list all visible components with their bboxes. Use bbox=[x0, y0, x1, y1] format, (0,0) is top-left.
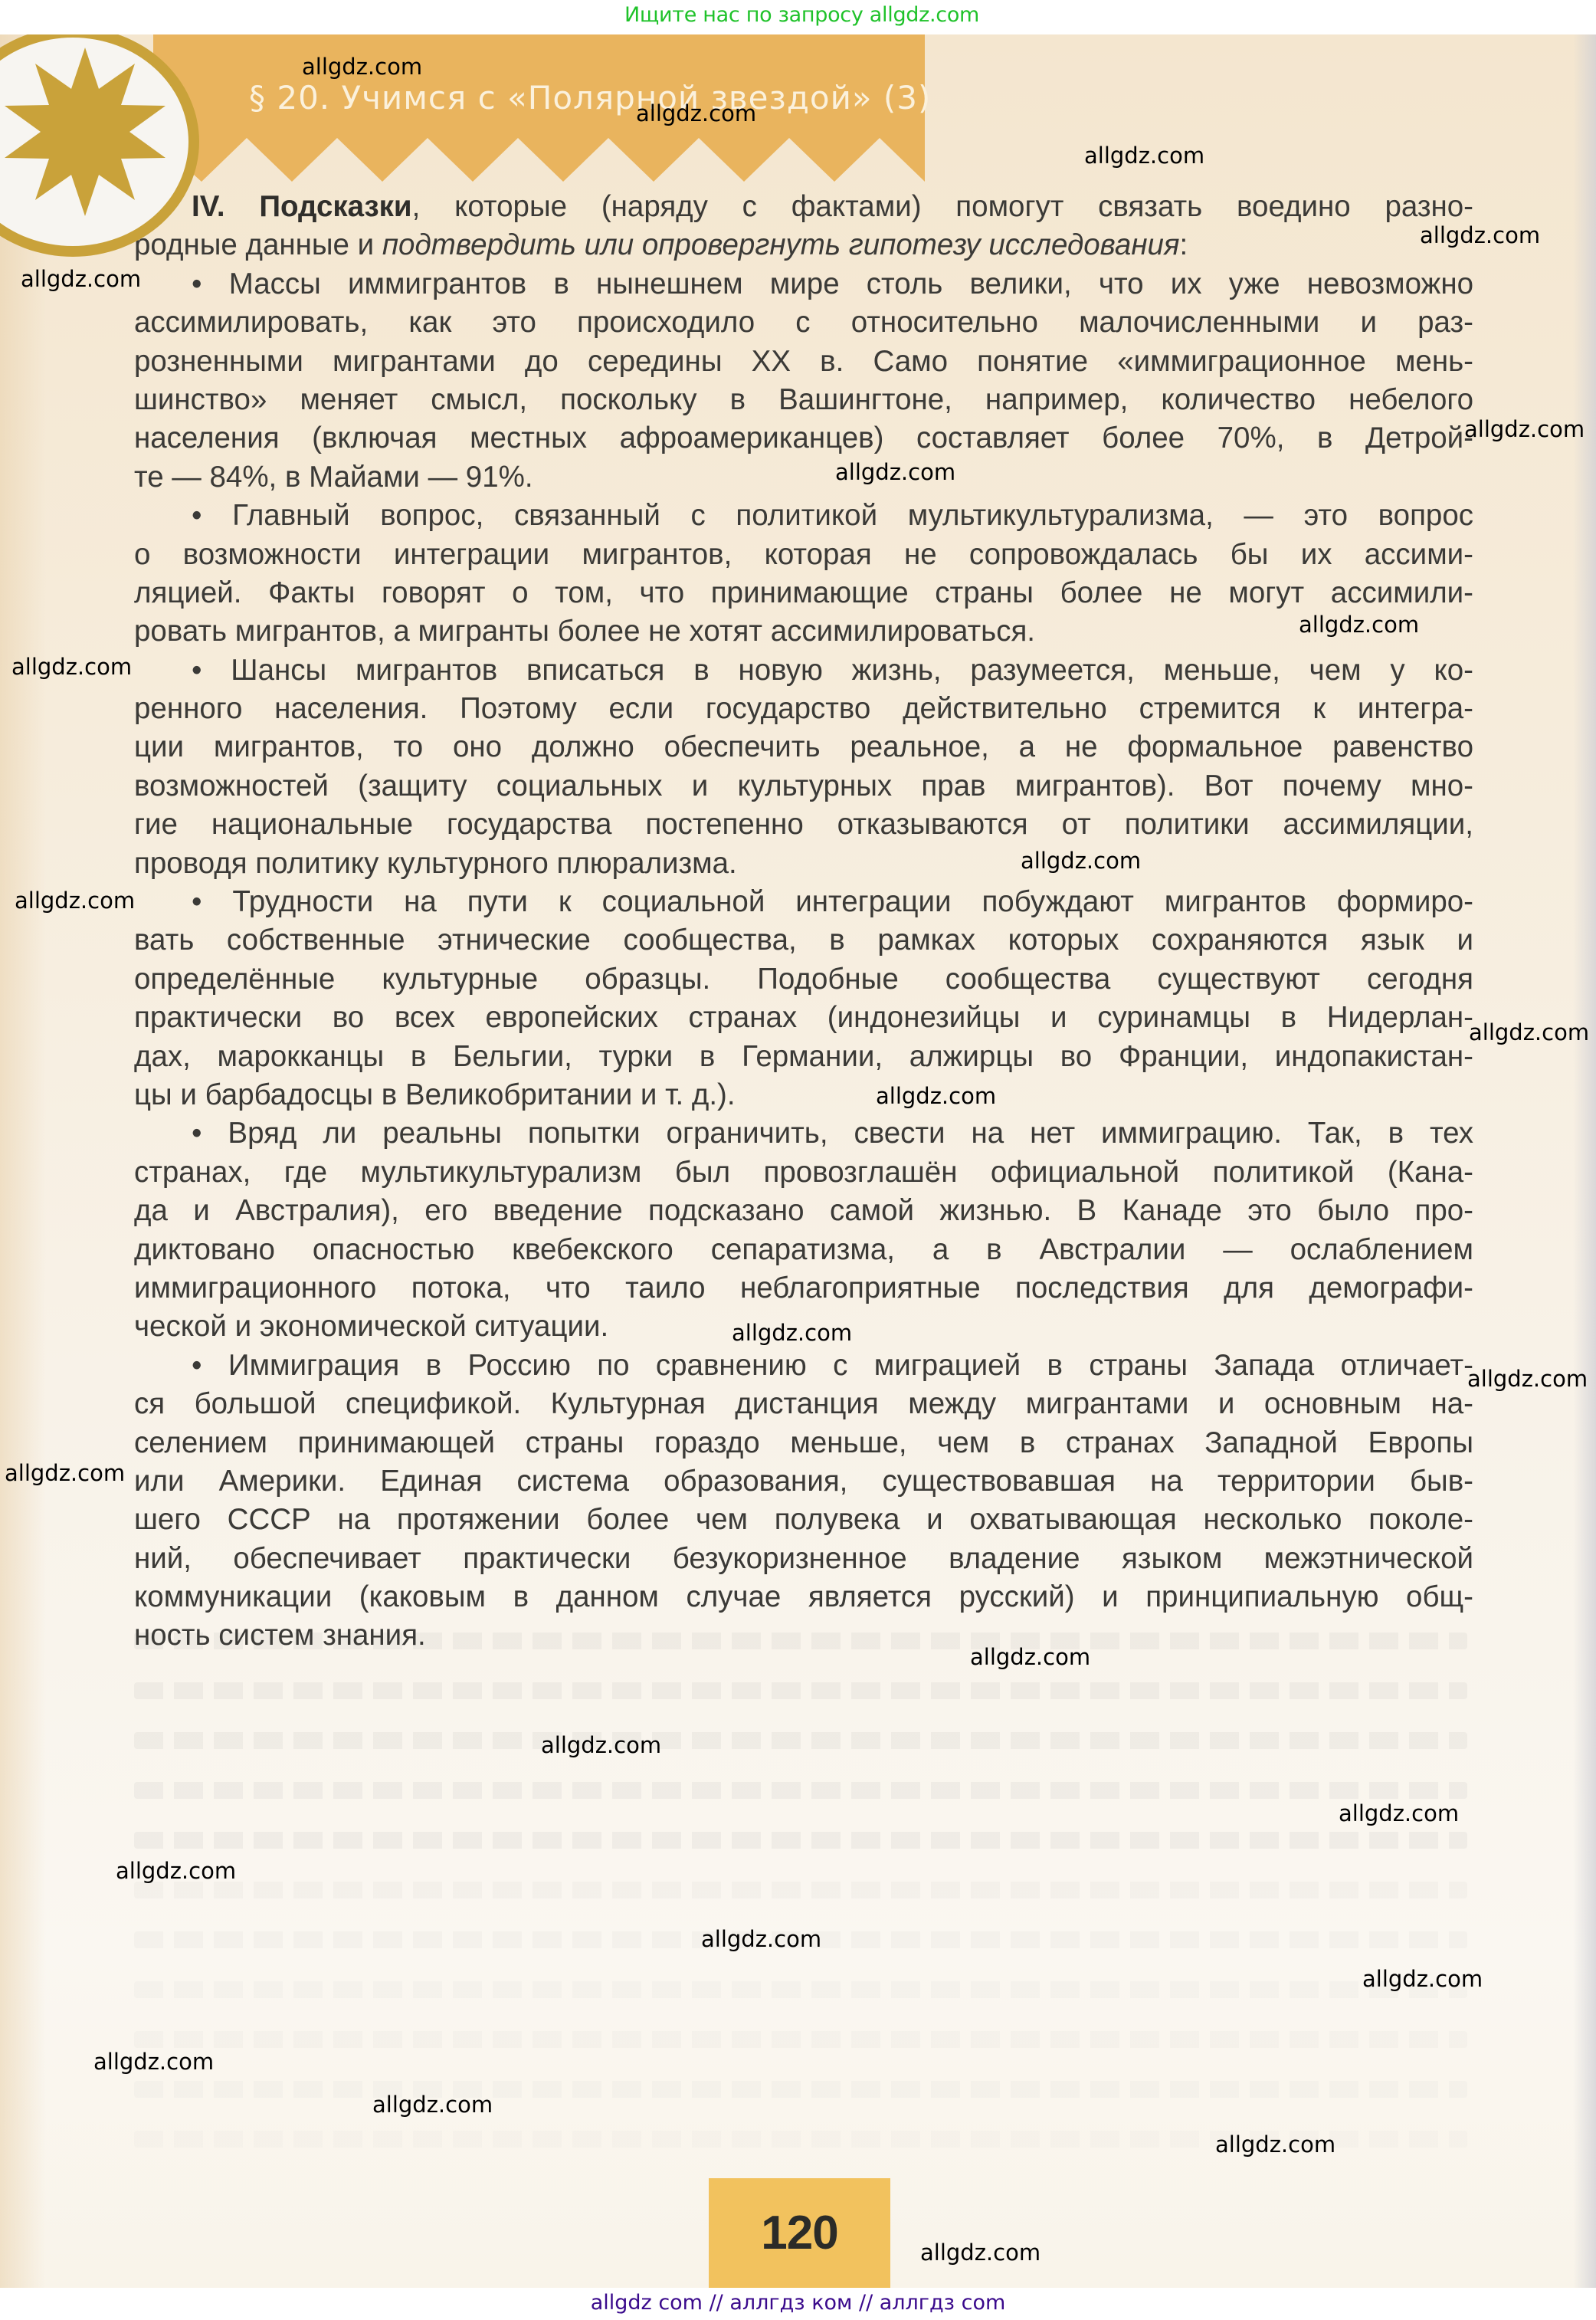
search-hint-banner: Ищите нас по запросу allgdz.com bbox=[0, 0, 1596, 34]
watermark-text: allgdz.com bbox=[1467, 1367, 1588, 1390]
watermark-text: allgdz.com bbox=[636, 102, 756, 125]
ten-point-star-icon bbox=[0, 44, 173, 220]
emphasis-text: подтвердить или опровергнуть гипотезу ис… bbox=[382, 228, 1180, 261]
bullet-paragraph: • Массы иммигрантов в нынешнем мире стол… bbox=[134, 265, 1473, 497]
bleed-through-texture bbox=[134, 1981, 1467, 1998]
bleed-through-texture bbox=[134, 2031, 1467, 2048]
bleed-through-texture bbox=[134, 1732, 1467, 1749]
watermark-text: allgdz.com bbox=[732, 1321, 852, 1344]
bleed-through-texture bbox=[134, 1682, 1467, 1699]
bleed-through-texture bbox=[134, 1782, 1467, 1799]
intro-line: родные данные и подтвердить или опроверг… bbox=[134, 226, 1473, 264]
watermark-text: allgdz.com bbox=[835, 461, 955, 484]
watermark-text: allgdz.com bbox=[1215, 2133, 1335, 2156]
watermark-text: allgdz.com bbox=[21, 267, 141, 290]
watermark-text: allgdz.com bbox=[920, 2241, 1041, 2264]
section-title: § 20. Учимся с «Полярной звездой» (3) bbox=[249, 79, 931, 116]
bullet-icon: • bbox=[192, 1349, 202, 1382]
bullet-paragraph: • Трудности на пути к социальной интегра… bbox=[134, 883, 1473, 1114]
footer-banner: allgdz com // аллгдз ком // аллгдз com bbox=[0, 2288, 1596, 2320]
bullet-icon: • bbox=[192, 1117, 202, 1150]
watermark-text: allgdz.com bbox=[116, 1859, 236, 1882]
search-hint-text: Ищите нас по запросу allgdz.com bbox=[624, 3, 979, 27]
bleed-through-texture bbox=[134, 2081, 1467, 2098]
bleed-through-texture bbox=[134, 1832, 1467, 1849]
watermark-text: allgdz.com bbox=[1469, 1021, 1589, 1044]
watermark-text: allgdz.com bbox=[1084, 144, 1204, 167]
watermark-text: allgdz.com bbox=[1464, 418, 1585, 441]
watermark-text: allgdz.com bbox=[1299, 613, 1419, 636]
watermark-text: allgdz.com bbox=[1362, 1967, 1483, 1990]
watermark-text: allgdz.com bbox=[1339, 1802, 1459, 1825]
page-number-box: 120 bbox=[709, 2178, 890, 2288]
section-header-banner: § 20. Учимся с «Полярной звездой» (3) bbox=[153, 34, 925, 182]
watermark-text: allgdz.com bbox=[701, 1928, 821, 1951]
bullet-icon: • bbox=[192, 499, 202, 532]
watermark-text: allgdz.com bbox=[970, 1646, 1090, 1669]
watermark-text: allgdz.com bbox=[11, 655, 132, 678]
intro-line: IV. Подсказки, которые (наряду с фактами… bbox=[134, 188, 1473, 226]
watermark-text: allgdz.com bbox=[876, 1085, 996, 1107]
footer-banner-text: allgdz com // аллгдз ком // аллгдз com bbox=[0, 2291, 1596, 2315]
page-number: 120 bbox=[709, 2206, 890, 2260]
bullet-icon: • bbox=[192, 885, 202, 918]
hints-text-block: IV. Подсказки, которые (наряду с фактами… bbox=[134, 188, 1473, 1656]
bullet-paragraph: • Вряд ли реальны попытки ограничить, св… bbox=[134, 1114, 1473, 1346]
watermark-text: allgdz.com bbox=[5, 1462, 125, 1485]
bleed-through-texture bbox=[134, 1882, 1467, 1898]
watermark-text: allgdz.com bbox=[93, 2050, 214, 2073]
bullet-icon: • bbox=[192, 267, 202, 300]
bullet-paragraph: • Главный вопрос, связанный с политикой … bbox=[134, 497, 1473, 651]
bullet-paragraph: • Шансы мигрантов вписаться в новую жизн… bbox=[134, 651, 1473, 883]
watermark-text: allgdz.com bbox=[1021, 849, 1141, 872]
watermark-text: allgdz.com bbox=[302, 55, 422, 78]
bullet-icon: • bbox=[192, 654, 202, 687]
hints-heading: IV. Подсказки bbox=[192, 190, 412, 223]
watermark-text: allgdz.com bbox=[541, 1734, 661, 1757]
watermark-text: allgdz.com bbox=[372, 2093, 493, 2116]
bullet-paragraph: • Иммиграция в Россию по сравнению с миг… bbox=[134, 1347, 1473, 1656]
watermark-text: allgdz.com bbox=[15, 889, 135, 912]
watermark-text: allgdz.com bbox=[1420, 224, 1540, 247]
